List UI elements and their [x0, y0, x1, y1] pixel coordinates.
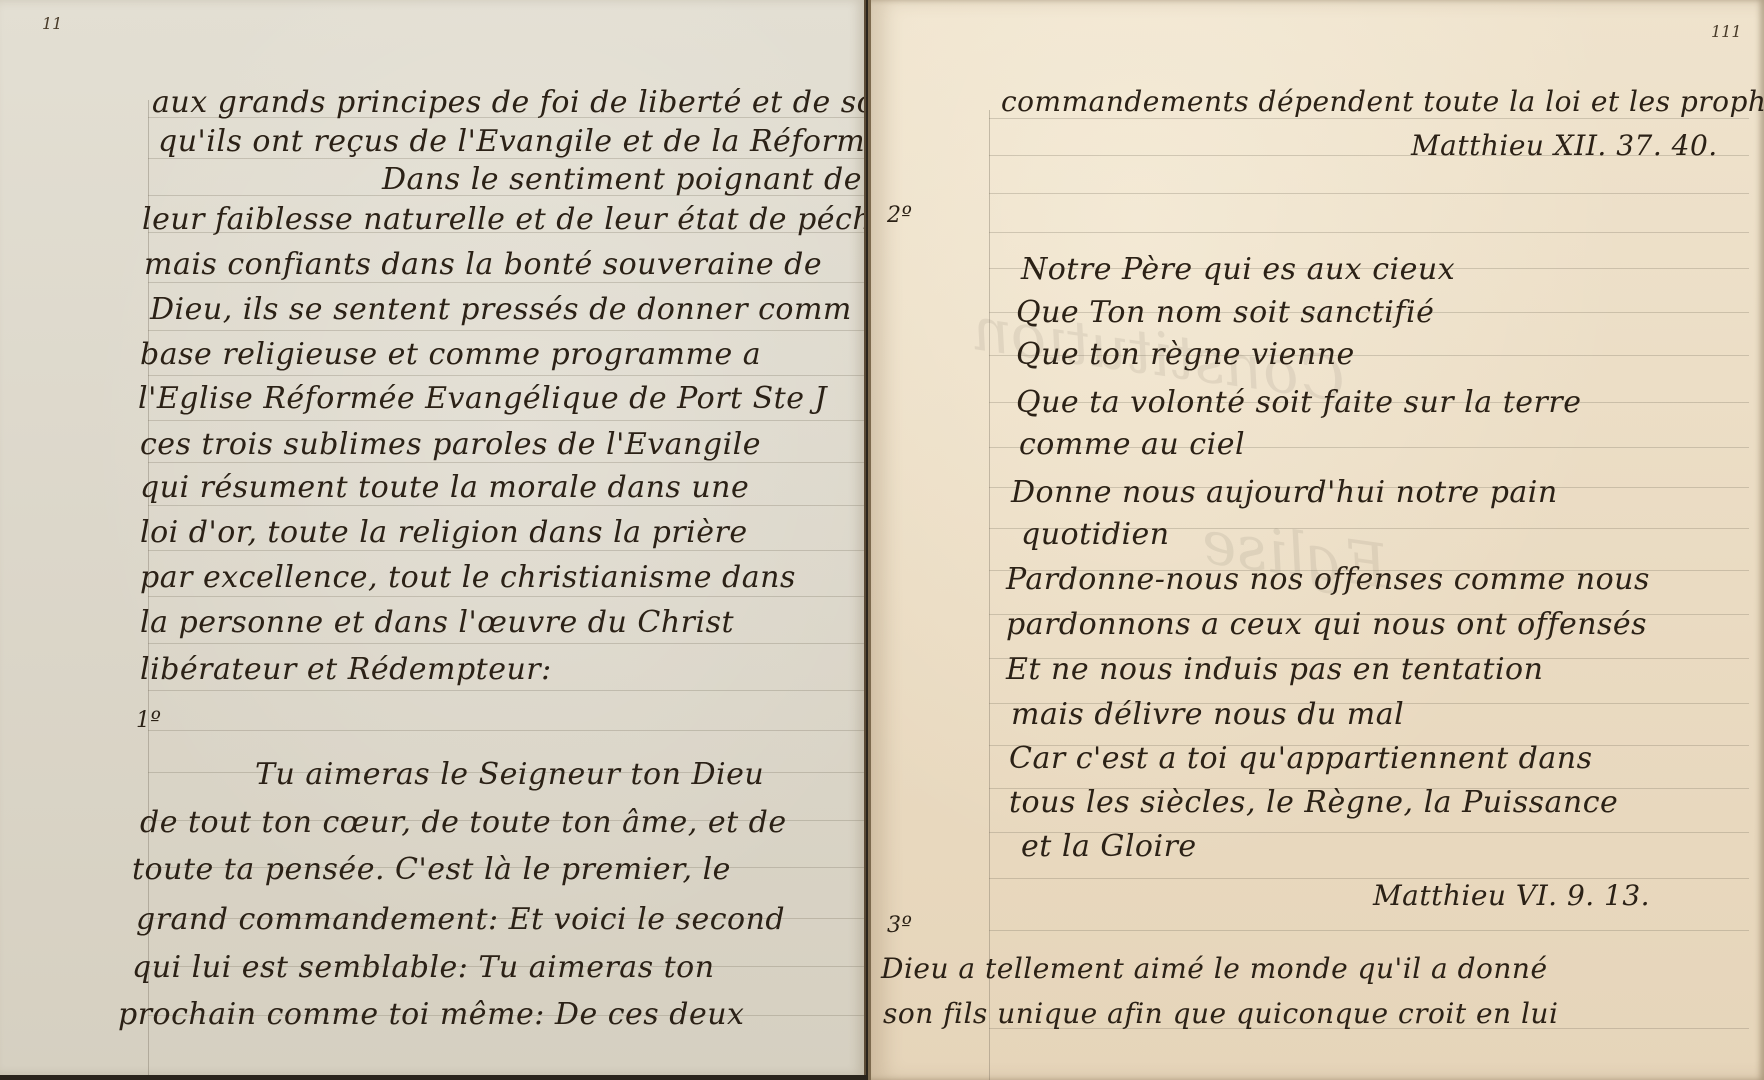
text-line: commandements dépendent toute la loi et …	[1001, 88, 1764, 116]
right-page: 111 Constitution Eglise commandements dé…	[868, 0, 1764, 1080]
prayer-line: Pardonne-nous nos offenses comme nous	[1006, 565, 1650, 595]
prayer-line: Donne nous aujourd'hui notre pain	[1011, 478, 1558, 508]
prayer-line: Et ne nous induis pas en tentation	[1006, 655, 1543, 685]
citation-matthieu-vi: Matthieu VI. 9. 13.	[1373, 882, 1650, 910]
prayer-line: Que ta volonté soit faite sur la terre	[1016, 388, 1581, 418]
text-line: loi d'or, toute la religion dans la priè…	[140, 518, 748, 548]
text-line: mais confiants dans la bonté souveraine …	[144, 250, 822, 280]
ruling-line	[148, 690, 866, 691]
manuscript-spread: 11 aux grands principes de foi de libert…	[0, 0, 1764, 1080]
text-line: Tu aimeras le Seigneur ton Dieu	[255, 760, 764, 790]
text-line: son fils unique afin que quiconque croit…	[883, 1000, 1558, 1028]
ruling-line	[989, 930, 1749, 931]
citation-matthieu-xii: Matthieu XII. 37. 40.	[1411, 132, 1718, 160]
ruling-line	[989, 232, 1749, 233]
text-line: qu'ils ont reçus de l'Evangile et de la …	[158, 127, 865, 157]
section-marker-1: 1º	[136, 710, 161, 732]
ruling-line	[148, 330, 866, 331]
text-line: qui lui est semblable: Tu aimeras ton	[132, 953, 715, 983]
ruling-line	[989, 118, 1749, 119]
text-line: ces trois sublimes paroles de l'Evangile	[140, 430, 761, 460]
ruling-line	[148, 550, 866, 551]
right-page-number: 111	[1711, 22, 1742, 41]
text-line: aux grands principes de foi de liberté e…	[152, 88, 866, 118]
text-line: l'Eglise Réformée Evangélique de Port St…	[138, 384, 827, 414]
left-page-number: 11	[42, 14, 62, 33]
ruling-line	[989, 193, 1749, 194]
ruling-line	[148, 505, 866, 506]
text-line: de tout ton cœur, de toute ton âme, et d…	[140, 808, 787, 838]
text-line: par excellence, tout le christianisme da…	[140, 563, 796, 593]
ruling-line	[148, 420, 866, 421]
left-page: 11 aux grands principes de foi de libert…	[0, 0, 866, 1075]
ruling-line	[148, 596, 866, 597]
ruling-line	[148, 462, 866, 463]
text-line: libérateur et Rédempteur:	[140, 655, 552, 685]
prayer-line: Que Ton nom soit sanctifié	[1016, 298, 1434, 328]
text-line: Dieu, ils se sentent pressés de donner c…	[150, 295, 852, 325]
text-line: grand commandement: Et voici le second	[136, 905, 785, 935]
prayer-line: pardonnons a ceux qui nous ont offensés	[1006, 610, 1647, 640]
prayer-line: tous les siècles, le Règne, la Puissance	[1009, 788, 1618, 818]
text-line: Dieu a tellement aimé le monde qu'il a d…	[881, 955, 1548, 983]
prayer-line: Car c'est a toi qu'appartiennent dans	[1009, 744, 1593, 774]
text-line: la personne et dans l'œuvre du Christ	[140, 608, 734, 638]
section-marker-3: 3º	[887, 915, 912, 937]
section-marker-2: 2º	[887, 205, 912, 227]
ruling-line	[148, 375, 866, 376]
ruling-line	[148, 282, 866, 283]
text-line: toute ta pensée. C'est là le premier, le	[132, 855, 731, 885]
prayer-line: Notre Père qui es aux cieux	[1021, 255, 1455, 285]
ruling-line	[148, 643, 866, 644]
ruling-line	[148, 730, 866, 731]
text-line: base religieuse et comme programme a	[140, 340, 761, 370]
prayer-line: Que ton règne vienne	[1016, 340, 1355, 370]
text-line: Dans le sentiment poignant de	[382, 165, 862, 195]
text-line: qui résument toute la morale dans une	[140, 473, 749, 503]
text-line: prochain comme toi même: De ces deux	[118, 1000, 744, 1030]
prayer-line: comme au ciel	[1019, 430, 1245, 460]
prayer-line: mais délivre nous du mal	[1011, 700, 1404, 730]
text-line: leur faiblesse naturelle et de leur état…	[142, 205, 866, 235]
prayer-line: et la Gloire	[1021, 832, 1197, 862]
prayer-line: quotidien	[1021, 520, 1170, 550]
right-margin-line	[989, 110, 990, 1080]
